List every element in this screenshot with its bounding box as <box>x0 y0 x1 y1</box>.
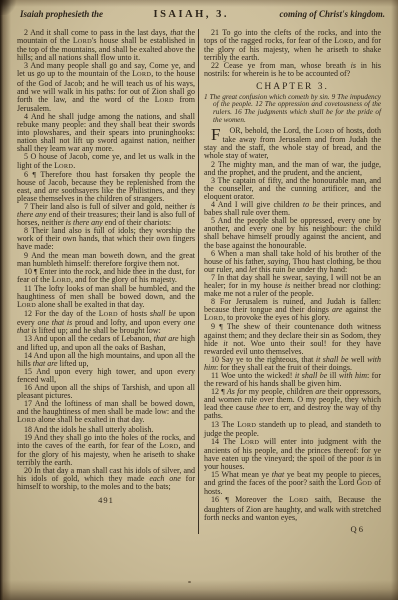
verse: 13 The LORD standeth up to plead, and st… <box>204 421 381 438</box>
verse-number: 11 <box>24 284 32 293</box>
pilcrow: ¶ <box>34 267 37 276</box>
lord-smallcaps: LORD <box>73 36 92 45</box>
verse: 8 Their land also is full of idols; they… <box>17 227 195 251</box>
verse-number: 2 <box>24 28 28 37</box>
verse: 16 And upon all the ships of Tarshish, a… <box>17 384 195 400</box>
running-head-center: ISAIAH, 3. <box>154 9 229 20</box>
chapter-heading: CHAPTER 3. <box>204 82 381 92</box>
verse-number: 21 <box>211 28 219 37</box>
page-edge-shadow-left <box>0 0 11 600</box>
lord-smallcaps: LORD <box>52 275 71 284</box>
verse: 17 And the loftiness of man shall be bow… <box>17 400 195 425</box>
verse-number: 7 <box>211 273 215 282</box>
lord-smallcaps: LORD <box>237 420 256 429</box>
corner-smudge <box>0 0 18 15</box>
lord-smallcaps: LORD <box>132 69 151 78</box>
verse-number: 14 <box>24 351 32 360</box>
verse-number: 5 <box>24 152 28 161</box>
lord-smallcaps: LORD <box>17 300 36 309</box>
lord-smallcaps: LORD <box>315 126 334 135</box>
chapter3-verses: FOR, behold, the Lord, the LORD of hosts… <box>204 127 381 522</box>
verse-number: 4 <box>24 112 28 121</box>
pilcrow: ¶ <box>221 387 224 396</box>
verse-number: 9 <box>211 322 215 331</box>
verse-number: 2 <box>211 160 215 169</box>
page-edge-shadow-right <box>391 0 398 600</box>
lord-smallcaps: LORD <box>159 441 178 450</box>
verse: 2 And it shall come to pass in the last … <box>17 29 195 62</box>
verse: 10 Say ye to the righteous, that it shal… <box>204 356 381 372</box>
running-head-right: coming of Christ's kingdom. <box>279 9 385 19</box>
verse: 4 And he shall judge among the nations, … <box>17 113 195 153</box>
verse: 4 And I will give children to be their p… <box>204 201 381 217</box>
verse-number: 20 <box>24 466 32 475</box>
verse: 6 ¶ Therefore thou hast forsaken thy peo… <box>17 171 195 203</box>
verse: 16 ¶ Moreover the LORD saith, Because th… <box>204 496 381 521</box>
verse: 22 Cease ye from man, whose breath is in… <box>204 62 381 78</box>
verse: 5 O house of Jacob, come ye, and let us … <box>17 153 195 170</box>
signature-mark: Q 6 <box>204 524 381 534</box>
verse-number: 9 <box>24 251 28 260</box>
lord-smallcaps: LORD <box>334 36 353 45</box>
left-column-verses: 2 And it shall come to pass in the last … <box>17 29 195 491</box>
verse: 8 For Jerusalem is ruined, and Judah is … <box>204 298 381 323</box>
verse: 20 In that day a man shall cast his idol… <box>17 467 195 491</box>
verse-number: 3 <box>24 61 28 70</box>
verse-number: 22 <box>211 61 219 70</box>
verse: 19 And they shall go into the holes of t… <box>17 434 195 467</box>
verse: 21 To go into the clefts of the rocks, a… <box>204 29 381 62</box>
verse-number: 14 <box>211 437 219 446</box>
lord-smallcaps: LORD <box>204 313 223 322</box>
left-column: 2 And it shall come to pass in the last … <box>17 29 198 534</box>
pilcrow: ¶ <box>225 495 228 504</box>
text-columns: 2 And it shall come to pass in the last … <box>17 29 381 534</box>
verse: 5 And the people shall be oppressed, eve… <box>204 217 381 249</box>
verse-number: 8 <box>24 226 28 235</box>
drop-cap: F <box>204 127 222 142</box>
verse-number: 10 <box>24 267 32 276</box>
god-smallcaps: GOD <box>357 478 372 487</box>
verse-number: 12 <box>24 309 32 318</box>
paper-speck <box>188 581 191 583</box>
verse: 10 ¶ Enter into the rock, and hide thee … <box>17 268 195 285</box>
right-column: 21 To go into the clefts of the rocks, a… <box>198 29 381 534</box>
verse: 12 For the day of the LORD of hosts shal… <box>17 310 195 335</box>
verse-number: 4 <box>211 200 215 209</box>
chapter2-end-verses: 21 To go into the clefts of the rocks, a… <box>204 29 381 79</box>
verse-number: 5 <box>211 216 215 225</box>
lord-smallcaps: LORD <box>54 161 73 170</box>
verse: 7 Their land also is full of silver and … <box>17 203 195 227</box>
running-head-left: Isaiah prophesieth the <box>20 9 103 19</box>
verse: 3 And many people shall go and say, Come… <box>17 62 195 113</box>
verse-number: 15 <box>24 367 32 376</box>
verse-number: 6 <box>211 249 215 258</box>
verse: 13 And upon all the cedars of Lebanon, t… <box>17 335 195 351</box>
lord-smallcaps: LORD <box>99 309 118 318</box>
lord-smallcaps: LORD <box>240 437 259 446</box>
running-head: Isaiah prophesieth the ISAIAH, 3. coming… <box>20 9 385 20</box>
verse: 2 The mighty man, and the man of war, th… <box>204 161 381 177</box>
verse: 12 ¶ As for my people, children are thei… <box>204 388 381 420</box>
verse-number: 17 <box>24 399 32 408</box>
pilcrow: ¶ <box>219 322 222 331</box>
verse-number: 15 <box>211 470 219 479</box>
verse-number: 19 <box>24 433 32 442</box>
verse: 14 And upon all the high mountains, and … <box>17 352 195 368</box>
verse-number: 16 <box>211 495 219 504</box>
verse: FOR, behold, the Lord, the LORD of hosts… <box>204 127 381 160</box>
verse: 9 And the mean man boweth down, and the … <box>17 252 195 268</box>
verse: 15 What mean ye that ye beat my people t… <box>204 471 381 496</box>
lord-smallcaps: LORD <box>17 415 36 424</box>
verse: 14 The LORD will enter into judgment wit… <box>204 438 381 471</box>
book-page: Isaiah prophesieth the ISAIAH, 3. coming… <box>0 0 398 600</box>
verse: 7 In that day shall he swear, saying, I … <box>204 274 381 298</box>
verse-number: 11 <box>211 371 219 380</box>
verse-number: 6 <box>24 170 28 179</box>
chapter-summary: 1 The great confusion which cometh by si… <box>204 94 381 126</box>
verse-number: 13 <box>211 420 219 429</box>
page-edge-shadow-top <box>0 0 398 7</box>
pilcrow: ¶ <box>33 170 36 179</box>
verse-number: 12 <box>211 387 219 396</box>
verse: 9 ¶ The shew of their countenance doth w… <box>204 323 381 355</box>
verse: 11 The lofty looks of man shall be humbl… <box>17 285 195 310</box>
lord-smallcaps: LORD <box>289 495 308 504</box>
page-number: 491 <box>17 495 195 505</box>
lord-smallcaps: LORD <box>155 95 174 104</box>
verse-number: 8 <box>211 297 215 306</box>
verse-number: 3 <box>211 176 215 185</box>
verse-number: 13 <box>24 334 32 343</box>
verse: 15 And upon every high tower, and upon e… <box>17 368 195 384</box>
verse: 6 When a man shall take hold of his brot… <box>204 250 381 274</box>
verse-number: 16 <box>24 383 32 392</box>
page-edge-shadow-bottom <box>0 580 398 600</box>
verse: 3 The captain of fifty, and the honourab… <box>204 177 381 201</box>
verse: 11 Woe unto the wicked! it shall be ill … <box>204 372 381 388</box>
